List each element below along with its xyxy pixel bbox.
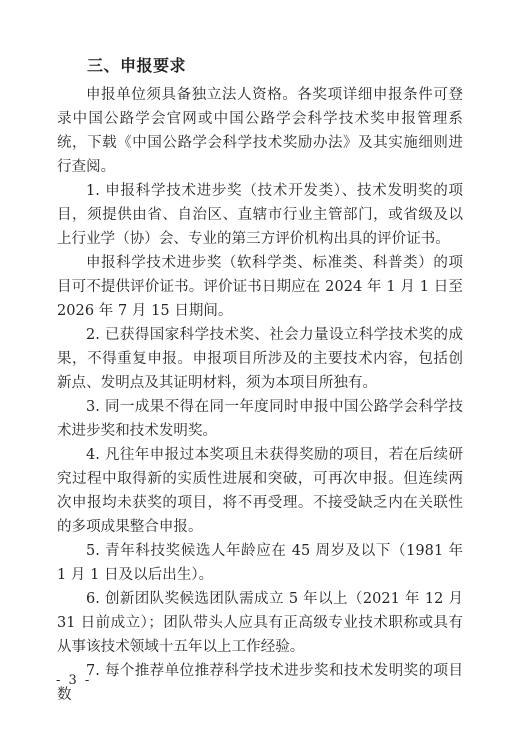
body-paragraph: 申报单位须具备独立法人资格。各奖项详细申报条件可登录中国公路学会官网或中国公路学…: [57, 83, 463, 179]
body-paragraph-item-2: 2. 已获得国家科学技术奖、社会力量设立科学技术奖的成果，不得重复申报。申报项目…: [57, 323, 463, 395]
section-heading: 三、申报要求: [57, 54, 463, 78]
body-paragraph-item-1: 1. 申报科学技术进步奖（技术开发类）、技术发明奖的项目，须提供由省、自治区、直…: [57, 179, 463, 251]
body-paragraph-item-7: 7. 每个推荐单位推荐科学技术进步奖和技术发明奖的项目数: [57, 659, 463, 707]
body-paragraph: 申报科学技术进步奖（软科学类、标准类、科普类）的项目可不提供评价证书。评价证书日…: [57, 251, 463, 323]
body-paragraph-item-6: 6. 创新团队奖候选团队需成立 5 年以上（2021 年 12 月 31 日前成…: [57, 587, 463, 659]
document-page: 三、申报要求 申报单位须具备独立法人资格。各奖项详细申报条件可登录中国公路学会官…: [0, 0, 518, 737]
body-paragraph-item-5: 5. 青年科技奖候选人年龄应在 45 周岁及以下（1981 年 1 月 1 日及…: [57, 539, 463, 587]
document-content: 三、申报要求 申报单位须具备独立法人资格。各奖项详细申报条件可登录中国公路学会官…: [57, 54, 463, 707]
body-paragraph-item-4: 4. 凡往年申报过本奖项且未获得奖励的项目，若在后续研究过程中取得新的实质性进展…: [57, 443, 463, 539]
page-number: - 3 -: [56, 673, 91, 688]
body-paragraph-item-3: 3. 同一成果不得在同一年度同时申报中国公路学会科学技术进步奖和技术发明奖。: [57, 395, 463, 443]
